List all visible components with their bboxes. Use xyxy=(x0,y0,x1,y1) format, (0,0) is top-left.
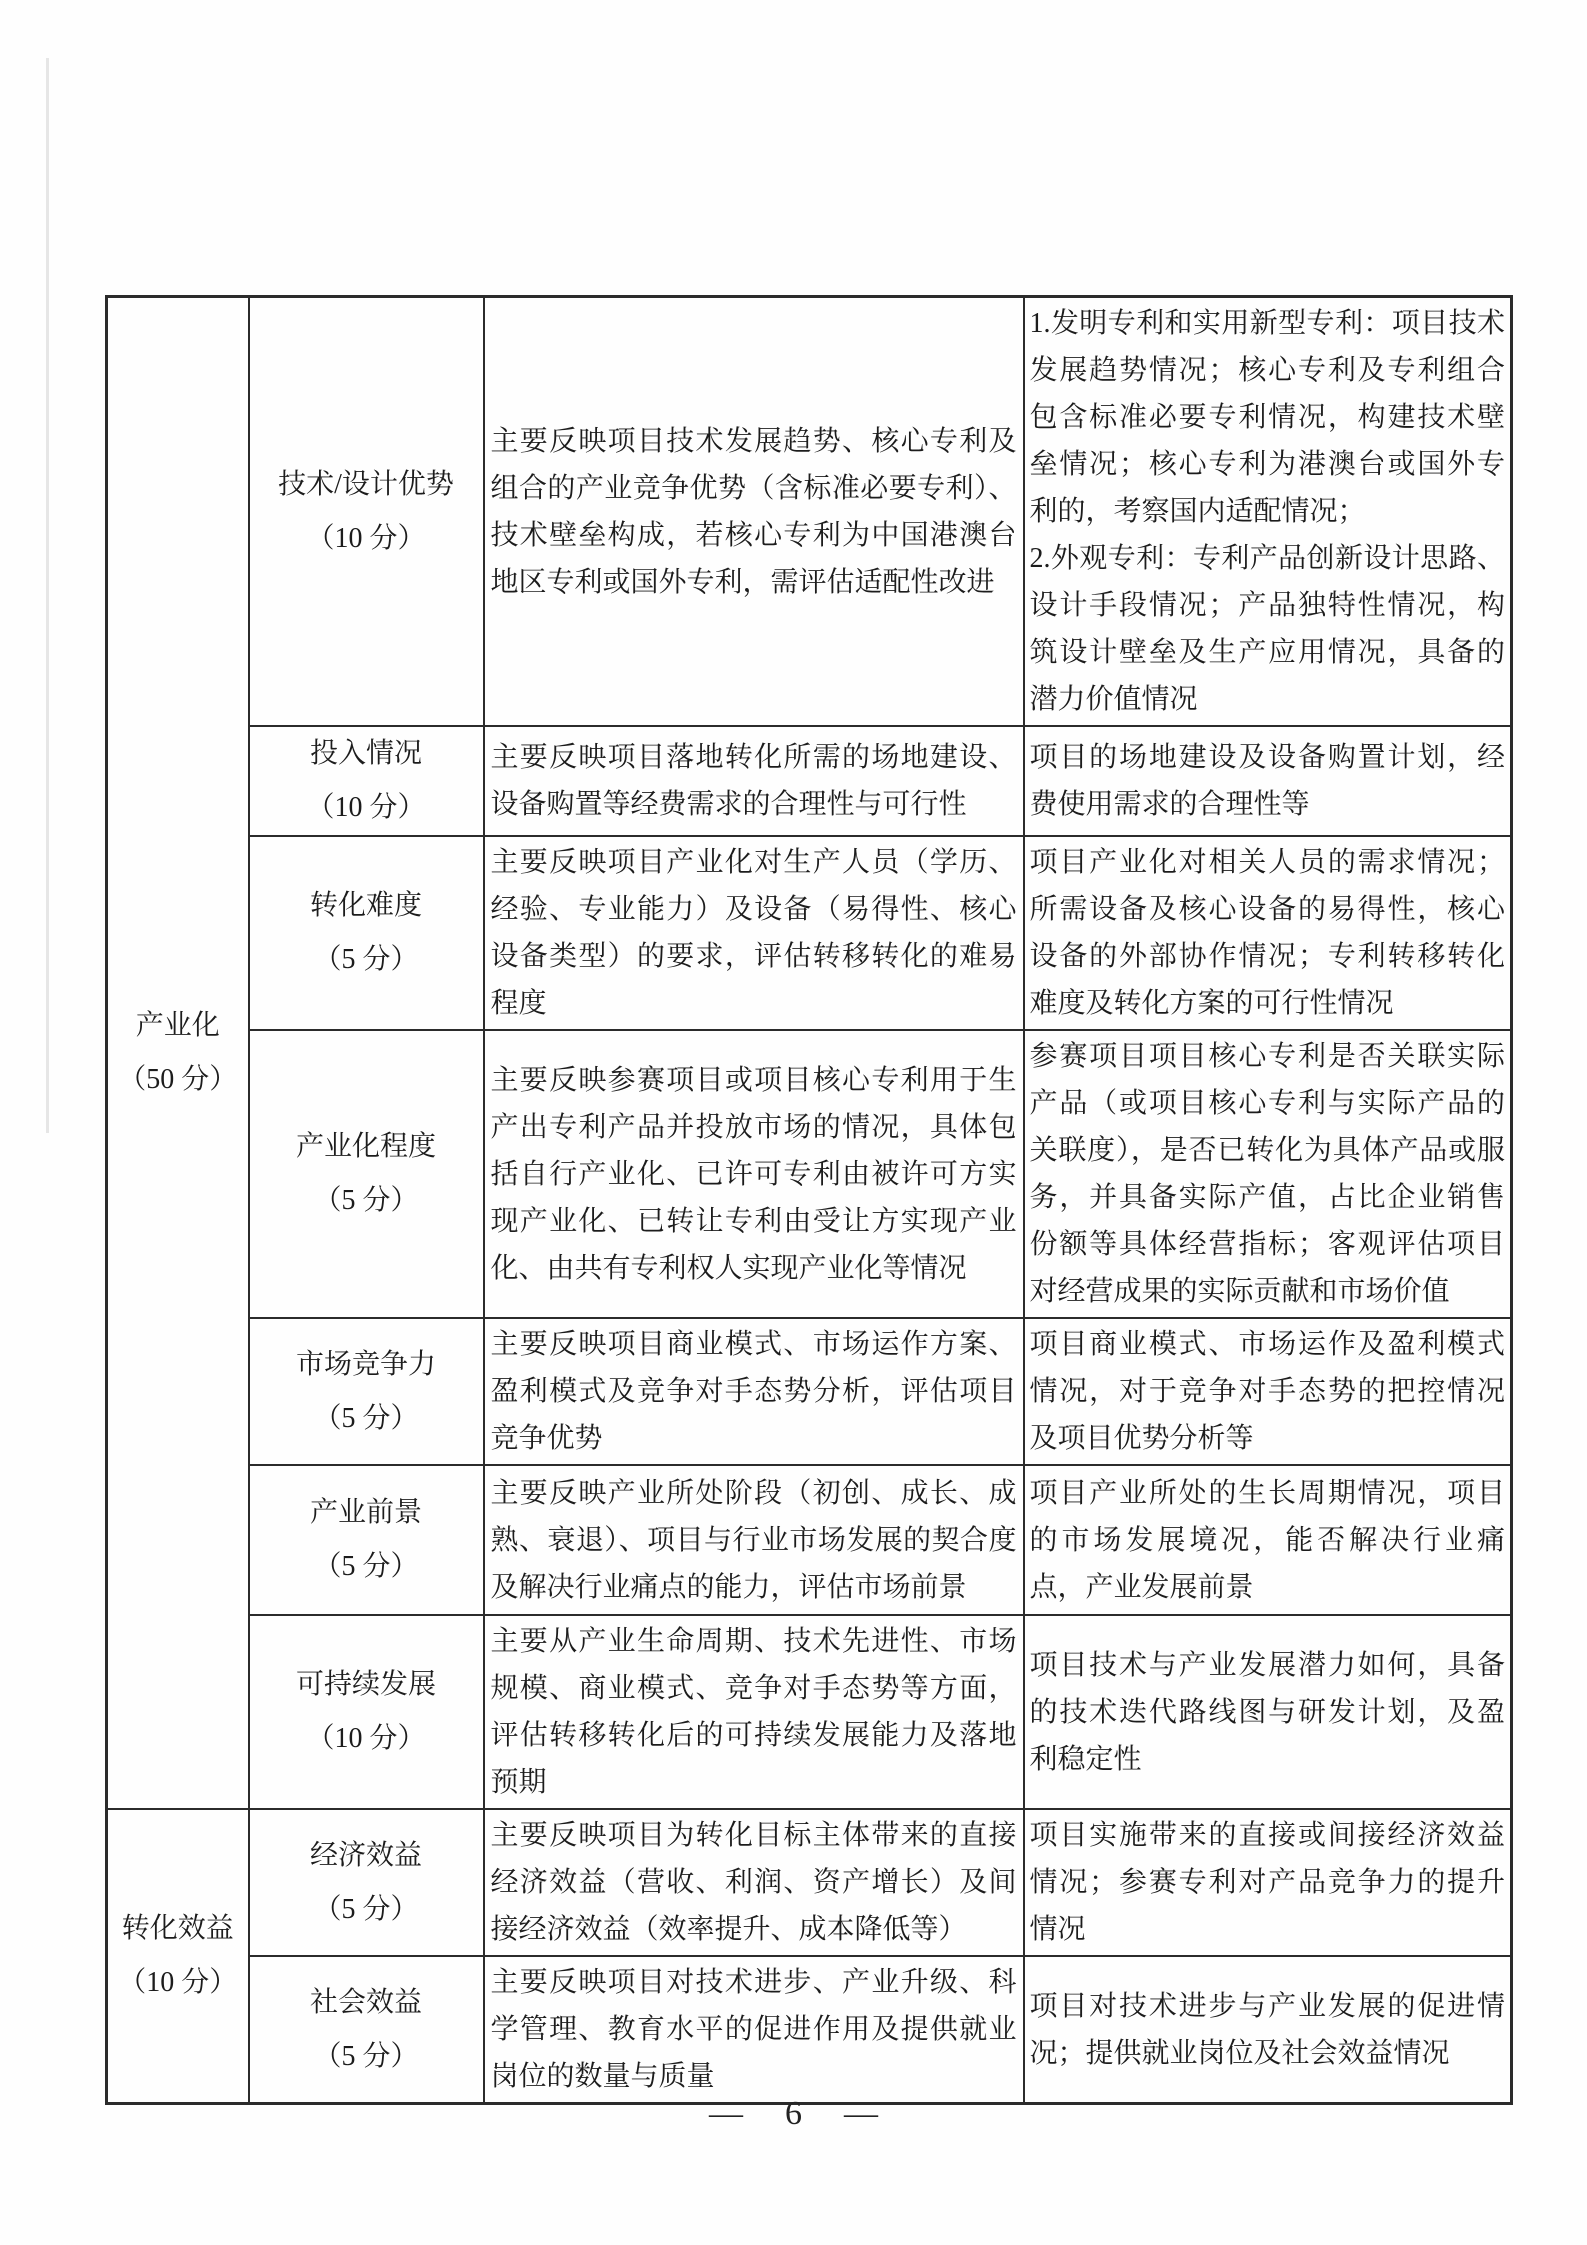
item-cell: 社会效益 （5 分） xyxy=(249,1956,484,2104)
item-name: 市场竞争力 xyxy=(252,1338,481,1392)
description-cell: 主要反映项目技术发展趋势、核心专利及组合的产业竞争优势（含标准必要专利）、技术壁… xyxy=(484,297,1024,727)
description-cell: 主要反映产业所处阶段（初创、成长、成熟、衰退）、项目与行业市场发展的契合度及解决… xyxy=(484,1465,1024,1615)
item-cell: 产业化程度 （5 分） xyxy=(249,1030,484,1318)
evaluation-criteria-table: 产业化 （50 分） 技术/设计优势 （10 分） 主要反映项目技术发展趋势、核… xyxy=(105,295,1513,2105)
criteria-row-tech-design-advantage: 产业化 （50 分） 技术/设计优势 （10 分） 主要反映项目技术发展趋势、核… xyxy=(107,297,1512,727)
item-name: 技术/设计优势 xyxy=(252,458,481,512)
description-cell: 主要反映项目落地转化所需的场地建设、设备购置等经费需求的合理性与可行性 xyxy=(484,726,1024,836)
points-cell: 项目商业模式、市场运作及盈利模式情况，对于竞争对手态势的把控情况及项目优势分析等 xyxy=(1024,1318,1512,1465)
item-name: 转化难度 xyxy=(252,879,481,933)
description-cell: 主要反映项目对技术进步、产业升级、科学管理、教育水平的促进作用及提供就业岗位的数… xyxy=(484,1956,1024,2104)
criteria-row-industrialization-degree: 产业化程度 （5 分） 主要反映参赛项目或项目核心专利用于生产出专利产品并投放市… xyxy=(107,1030,1512,1318)
description-cell: 主要从产业生命周期、技术先进性、市场规模、商业模式、竞争对手态势等方面，评估转移… xyxy=(484,1615,1024,1809)
points-cell: 项目实施带来的直接或间接经济效益情况；参赛专利对产品竞争力的提升情况 xyxy=(1024,1809,1512,1956)
points-cell: 项目的场地建设及设备购置计划，经费使用需求的合理性等 xyxy=(1024,726,1512,836)
item-name: 产业化程度 xyxy=(252,1120,481,1174)
points-cell: 1.发明专利和实用新型专利：项目技术发展趋势情况；核心专利及专利组合包含标准必要… xyxy=(1024,297,1512,727)
group-score: （50 分） xyxy=(110,1053,246,1107)
item-score: （5 分） xyxy=(252,1174,481,1228)
item-score: （5 分） xyxy=(252,1883,481,1937)
item-cell: 技术/设计优势 （10 分） xyxy=(249,297,484,727)
criteria-row-investment: 投入情况 （10 分） 主要反映项目落地转化所需的场地建设、设备购置等经费需求的… xyxy=(107,726,1512,836)
criteria-row-sustainable-development: 可持续发展 （10 分） 主要从产业生命周期、技术先进性、市场规模、商业模式、竞… xyxy=(107,1615,1512,1809)
item-name: 投入情况 xyxy=(252,727,481,781)
item-cell: 可持续发展 （10 分） xyxy=(249,1615,484,1809)
item-cell: 经济效益 （5 分） xyxy=(249,1809,484,1956)
item-name: 社会效益 xyxy=(252,1976,481,2030)
item-cell: 产业前景 （5 分） xyxy=(249,1465,484,1615)
item-score: （5 分） xyxy=(252,2030,481,2084)
description-cell: 主要反映项目产业化对生产人员（学历、经验、专业能力）及设备（易得性、核心设备类型… xyxy=(484,836,1024,1030)
points-cell: 项目对技术进步与产业发展的促进情况；提供就业岗位及社会效益情况 xyxy=(1024,1956,1512,2104)
group-name: 产业化 xyxy=(110,999,246,1053)
item-score: （5 分） xyxy=(252,1540,481,1594)
item-name: 可持续发展 xyxy=(252,1658,481,1712)
page-number: 6 xyxy=(785,2095,802,2133)
points-cell: 项目产业化对相关人员的需求情况；所需设备及核心设备的易得性，核心设备的外部协作情… xyxy=(1024,836,1512,1030)
item-score: （5 分） xyxy=(252,1392,481,1446)
criteria-row-industry-prospect: 产业前景 （5 分） 主要反映产业所处阶段（初创、成长、成熟、衰退）、项目与行业… xyxy=(107,1465,1512,1615)
description-cell: 主要反映参赛项目或项目核心专利用于生产出专利产品并投放市场的情况，具体包括自行产… xyxy=(484,1030,1024,1318)
criteria-row-economic-benefit: 转化效益 （10 分） 经济效益 （5 分） 主要反映项目为转化目标主体带来的直… xyxy=(107,1809,1512,1956)
item-name: 产业前景 xyxy=(252,1486,481,1540)
page-footer: — 6 — xyxy=(0,2095,1587,2133)
item-score: （10 分） xyxy=(252,781,481,835)
item-name: 经济效益 xyxy=(252,1829,481,1883)
description-cell: 主要反映项目为转化目标主体带来的直接经济效益（营收、利润、资产增长）及间接经济效… xyxy=(484,1809,1024,1956)
points-cell: 项目产业所处的生长周期情况，项目的市场发展境况，能否解决行业痛点，产业发展前景 xyxy=(1024,1465,1512,1615)
item-score: （10 分） xyxy=(252,1712,481,1766)
item-score: （10 分） xyxy=(252,512,481,566)
item-score: （5 分） xyxy=(252,933,481,987)
scan-artifact-line xyxy=(46,58,49,1133)
group-name: 转化效益 xyxy=(110,1902,246,1956)
criteria-row-conversion-difficulty: 转化难度 （5 分） 主要反映项目产业化对生产人员（学历、经验、专业能力）及设备… xyxy=(107,836,1512,1030)
footer-right-dash: — xyxy=(844,2095,878,2133)
group-cell-industrialization: 产业化 （50 分） xyxy=(107,297,249,1810)
points-cell: 项目技术与产业发展潜力如何，具备的技术迭代路线图与研发计划，及盈利稳定性 xyxy=(1024,1615,1512,1809)
item-cell: 转化难度 （5 分） xyxy=(249,836,484,1030)
footer-left-dash: — xyxy=(709,2095,743,2133)
description-cell: 主要反映项目商业模式、市场运作方案、盈利模式及竞争对手态势分析，评估项目竞争优势 xyxy=(484,1318,1024,1465)
group-cell-conversion-benefit: 转化效益 （10 分） xyxy=(107,1809,249,2104)
item-cell: 市场竞争力 （5 分） xyxy=(249,1318,484,1465)
criteria-row-social-benefit: 社会效益 （5 分） 主要反映项目对技术进步、产业升级、科学管理、教育水平的促进… xyxy=(107,1956,1512,2104)
document-page: 产业化 （50 分） 技术/设计优势 （10 分） 主要反映项目技术发展趋势、核… xyxy=(0,0,1587,2245)
criteria-row-market-competitiveness: 市场竞争力 （5 分） 主要反映项目商业模式、市场运作方案、盈利模式及竞争对手态… xyxy=(107,1318,1512,1465)
item-cell: 投入情况 （10 分） xyxy=(249,726,484,836)
group-score: （10 分） xyxy=(110,1956,246,2010)
points-cell: 参赛项目项目核心专利是否关联实际产品（或项目核心专利与实际产品的关联度），是否已… xyxy=(1024,1030,1512,1318)
